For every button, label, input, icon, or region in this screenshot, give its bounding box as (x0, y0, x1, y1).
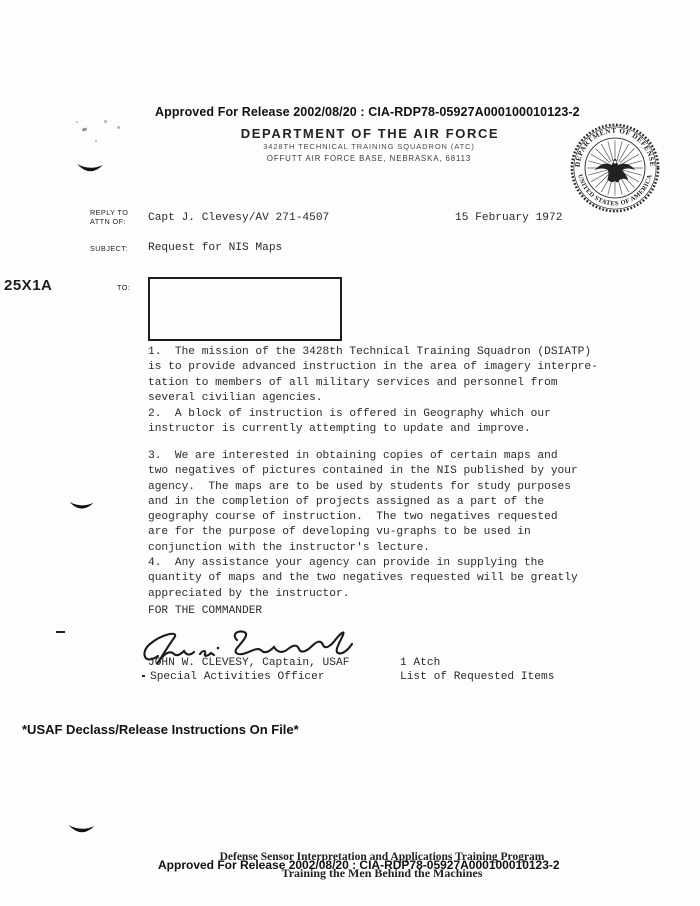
scanned-memo-page: Approved For Release 2002/08/20 : CIA-RD… (0, 0, 700, 906)
signature-title-line: Special Activities Officer (150, 670, 325, 685)
scan-crescent-mark (68, 500, 95, 513)
dash-mark-artifact (56, 631, 65, 633)
reply-to-label-line2: ATTN OF: (90, 218, 128, 227)
scan-crescent-mark (76, 162, 104, 176)
body-paragraph-3: 3. We are interested in obtaining copies… (148, 449, 626, 556)
signature-name-line: JOHN W. CLEVESY, Captain, USAF (148, 656, 349, 671)
body-paragraph-1: 1. The mission of the 3428th Technical T… (148, 345, 626, 406)
reply-officer-line: Capt J. Clevesy/AV 271-4507 (148, 211, 329, 226)
department-of-defense-seal-icon: DEPARTMENT OF DEFENSE UNITED STATES OF A… (570, 123, 660, 213)
body-paragraph-4: 4. Any assistance your agency can provid… (148, 556, 626, 602)
scan-crescent-mark (66, 823, 97, 837)
reply-to-label: REPLY TO ATTN OF: (90, 209, 128, 226)
date-line: 15 February 1972 (455, 211, 562, 226)
redaction-box (148, 277, 342, 341)
pencil-speck (104, 120, 107, 123)
subject-label: SUBJECT: (90, 245, 128, 254)
body-paragraph-2: 2. A block of instruction is offered in … (148, 407, 626, 438)
to-label: TO: (117, 284, 130, 293)
approval-stamp-top: Approved For Release 2002/08/20 : CIA-RD… (155, 105, 580, 119)
attachment-description: List of Requested Items (400, 670, 554, 685)
pencil-speck (117, 126, 120, 129)
declass-note: *USAF Declass/Release Instructions On Fi… (22, 722, 299, 737)
footer-motto-line: Training the Men Behind the Machines (32, 866, 700, 881)
attachment-count: 1 Atch (400, 656, 440, 671)
closing-line: FOR THE COMMANDER (148, 604, 262, 619)
subject-value: Request for NIS Maps (148, 241, 282, 256)
seal-eagle-head (614, 161, 617, 164)
classification-marking: 25X1A (4, 277, 52, 294)
stray-dot-artifact (142, 675, 145, 677)
pencil-speck (95, 140, 97, 142)
pencil-speck (76, 121, 78, 123)
